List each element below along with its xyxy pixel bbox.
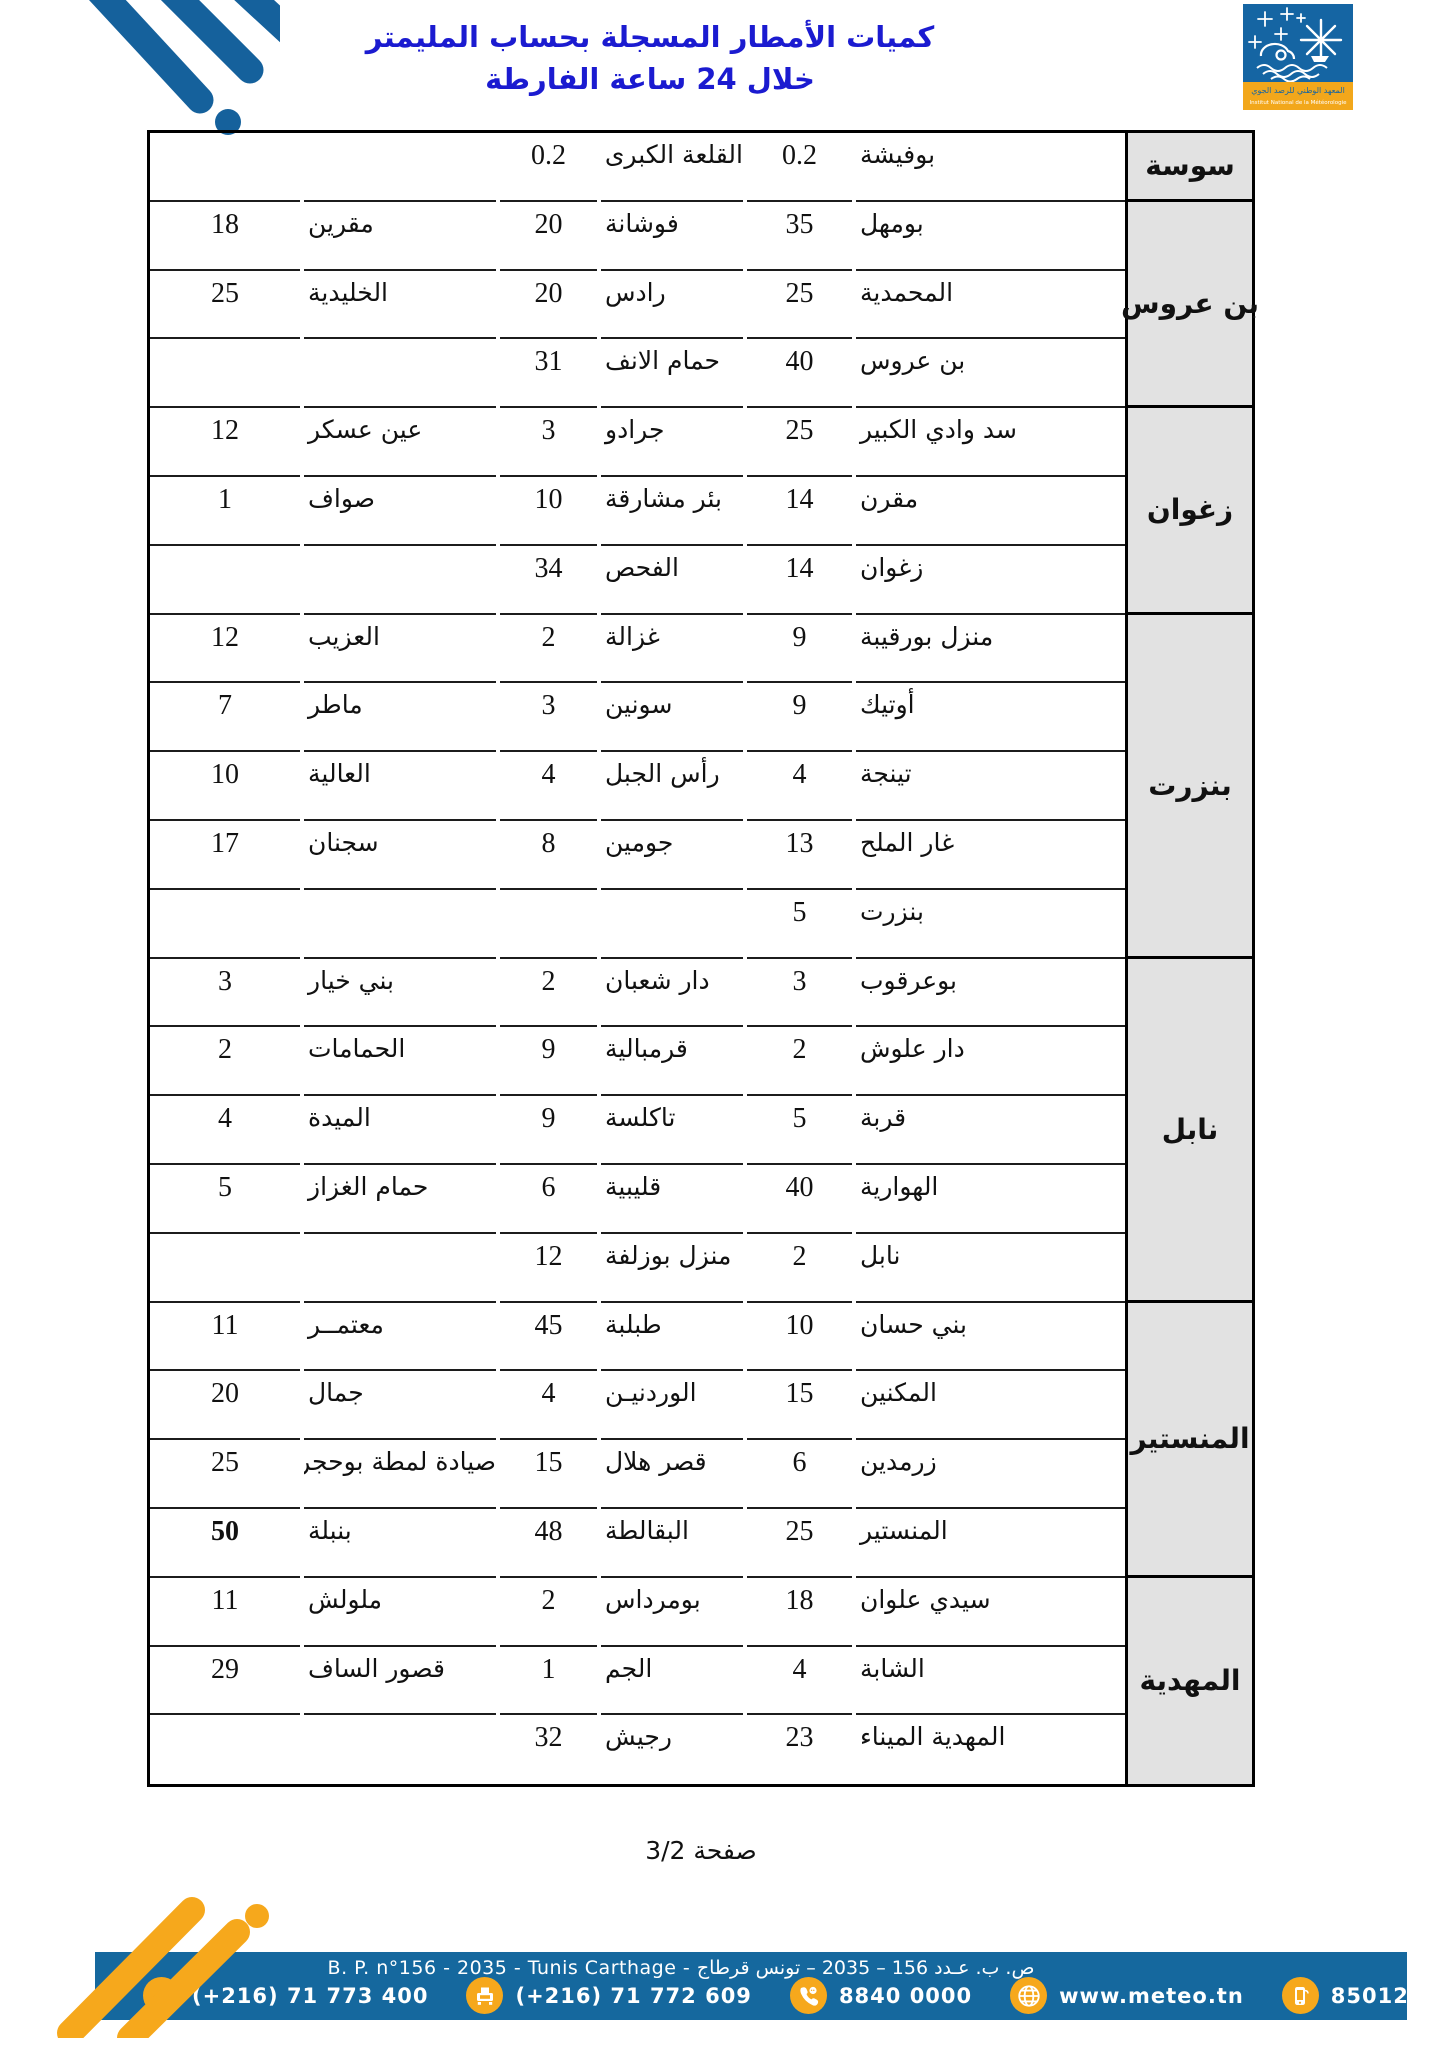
region-cell: نابل <box>1128 959 1252 1303</box>
station-name-cell: العالية <box>304 752 496 821</box>
station-name-cell: بوعرقوب <box>856 959 1125 1028</box>
station-name-cell: المحمدية <box>856 271 1125 340</box>
station-name-cell <box>304 133 496 202</box>
value-cell: 50 <box>150 1509 300 1578</box>
value-cell: 40 <box>747 1165 852 1234</box>
value-cell: 35 <box>747 202 852 271</box>
title-line-1: كميات الأمطار المسجلة بحساب المليمتر <box>270 16 1030 58</box>
station-name-cell: غزالة <box>601 615 743 684</box>
table-row: 17سجنان8جومين13غار الملح <box>150 821 1125 890</box>
station-name-cell: ملولش <box>304 1578 496 1647</box>
table-row: 12العزيب2غزالة9منزل بورقيبة <box>150 615 1125 684</box>
station-name-cell: تينجة <box>856 752 1125 821</box>
station-name-cell: قرمبالية <box>601 1027 743 1096</box>
region-cell: بنزرت <box>1128 615 1252 959</box>
station-name-cell: الوردنيـن <box>601 1371 743 1440</box>
station-name-cell: جرادو <box>601 408 743 477</box>
station-name-cell: رادس <box>601 271 743 340</box>
station-name-cell: منزل بورقيبة <box>856 615 1125 684</box>
station-name-cell: الميدة <box>304 1096 496 1165</box>
table-row: 11معتمــر45طبلبة10بني حسان <box>150 1303 1125 1372</box>
station-name-cell: سد وادي الكبير <box>856 408 1125 477</box>
value-cell: 0.2 <box>500 133 597 202</box>
value-cell: 5 <box>150 1165 300 1234</box>
contact-value: (+216) 71 772 609 <box>515 1984 751 2008</box>
contact-value: 85012 <box>1331 1984 1409 2008</box>
table-row: 11ملولش2بومرداس18سيدي علوان <box>150 1578 1125 1647</box>
station-name-cell: مقرن <box>856 477 1125 546</box>
table-row: 1صواف10بئر مشارقة14مقرن <box>150 477 1125 546</box>
value-cell: 11 <box>150 1578 300 1647</box>
value-cell: 5 <box>747 890 852 959</box>
value-cell: 23 <box>747 1715 852 1784</box>
value-cell: 4 <box>747 1647 852 1716</box>
station-name-cell: بوفيشة <box>856 133 1125 202</box>
value-cell: 45 <box>500 1303 597 1372</box>
station-name-cell: منزل بوزلفة <box>601 1234 743 1303</box>
value-cell: 14 <box>747 477 852 546</box>
value-cell: 25 <box>747 408 852 477</box>
value-cell <box>150 1234 300 1303</box>
table-row: 25صيادة لمطة بوحجر15قصر هلال6زرمدين <box>150 1440 1125 1509</box>
value-cell: 9 <box>500 1096 597 1165</box>
snowflake-icon <box>1301 20 1341 60</box>
station-name-cell: جمال <box>304 1371 496 1440</box>
region-label: نابل <box>1162 1113 1219 1146</box>
contact-value: 8840 0000 <box>839 1984 972 2008</box>
value-cell: 18 <box>747 1578 852 1647</box>
station-name-cell: الجم <box>601 1647 743 1716</box>
value-cell: 20 <box>150 1371 300 1440</box>
table-row: 25الخليدية20رادس25المحمدية <box>150 271 1125 340</box>
title-line-2: خلال 24 ساعة الفارطة <box>270 58 1030 100</box>
value-cell <box>150 1715 300 1784</box>
call-center-icon <box>790 1977 827 2014</box>
value-cell: 2 <box>747 1027 852 1096</box>
value-cell <box>500 890 597 959</box>
region-label: المهدية <box>1139 1664 1240 1697</box>
station-name-cell: الفحص <box>601 546 743 615</box>
station-name-cell: بومرداس <box>601 1578 743 1647</box>
inm-logo: المعهد الوطني للرصد الجوي Institut Natio… <box>1243 4 1353 110</box>
station-name-cell: المهدية الميناء <box>856 1715 1125 1784</box>
station-name-cell: دار علوش <box>856 1027 1125 1096</box>
value-cell: 40 <box>747 339 852 408</box>
value-cell: 9 <box>747 683 852 752</box>
value-cell: 2 <box>500 959 597 1028</box>
value-cell: 4 <box>747 752 852 821</box>
table-row: 18مقرين20فوشانة35بومهل <box>150 202 1125 271</box>
value-cell: 48 <box>500 1509 597 1578</box>
region-label: المنستير <box>1130 1422 1249 1455</box>
value-cell: 2 <box>500 1578 597 1647</box>
table-row: 29قصور الساف1الجم4الشابة <box>150 1647 1125 1716</box>
value-cell: 5 <box>747 1096 852 1165</box>
footer-stripes-decoration <box>52 1888 302 2038</box>
station-name-cell: مقرين <box>304 202 496 271</box>
value-cell: 6 <box>747 1440 852 1509</box>
table-row: 34الفحص14زغوان <box>150 546 1125 615</box>
value-cell: 18 <box>150 202 300 271</box>
value-cell: 12 <box>150 615 300 684</box>
table-row: 4الميدة9تاكلسة5قربة <box>150 1096 1125 1165</box>
table-row: 2الحمامات9قرمبالية2دار علوش <box>150 1027 1125 1096</box>
region-cell: سوسة <box>1128 133 1252 202</box>
table-row: 31حمام الانف40بن عروس <box>150 339 1125 408</box>
value-cell: 7 <box>150 683 300 752</box>
station-name-cell: بن عروس <box>856 339 1125 408</box>
table-row: 5بنزرت <box>150 890 1125 959</box>
station-name-cell: صواف <box>304 477 496 546</box>
station-name-cell: المنستير <box>856 1509 1125 1578</box>
page-title: كميات الأمطار المسجلة بحساب المليمتر خلا… <box>270 16 1030 100</box>
value-cell: 20 <box>500 202 597 271</box>
station-name-cell: زغوان <box>856 546 1125 615</box>
station-name-cell: الشابة <box>856 1647 1125 1716</box>
region-cell: المهدية <box>1128 1578 1252 1784</box>
station-name-cell: بني خيار <box>304 959 496 1028</box>
table-row: 32رجيش23المهدية الميناء <box>150 1715 1125 1784</box>
value-cell: 12 <box>150 408 300 477</box>
value-cell: 6 <box>500 1165 597 1234</box>
station-name-cell: رأس الجبل <box>601 752 743 821</box>
page-number: صفحة 3/2 <box>147 1836 1255 1865</box>
region-label: زغوان <box>1147 493 1233 526</box>
region-label: سوسة <box>1145 149 1235 182</box>
contact-value: www.meteo.tn <box>1059 1984 1244 2008</box>
station-name-cell: بني حسان <box>856 1303 1125 1372</box>
logo-caption-ar: المعهد الوطني للرصد الجوي <box>1251 86 1345 95</box>
mobile-icon <box>1282 1977 1319 2014</box>
region-label: بنزرت <box>1148 769 1232 802</box>
region-cell: زغوان <box>1128 408 1252 614</box>
value-cell: 10 <box>500 477 597 546</box>
station-name-cell: جومين <box>601 821 743 890</box>
value-cell: 3 <box>747 959 852 1028</box>
table-row: 3بني خيار2دار شعبان3بوعرقوب <box>150 959 1125 1028</box>
station-name-cell <box>304 890 496 959</box>
station-name-cell: الخليدية <box>304 271 496 340</box>
rainfall-report-page: كميات الأمطار المسجلة بحساب المليمتر خلا… <box>0 0 1448 2048</box>
station-name-cell: دار شعبان <box>601 959 743 1028</box>
station-name-cell: صيادة لمطة بوحجر <box>304 1440 496 1509</box>
stations-grid: 0.2القلعة الكبرى0.2بوفيشة18مقرين20فوشانة… <box>150 133 1125 1784</box>
station-name-cell: معتمــر <box>304 1303 496 1372</box>
value-cell: 12 <box>500 1234 597 1303</box>
contact-item: 85012 <box>1282 1977 1409 2014</box>
station-name-cell: طبلبة <box>601 1303 743 1372</box>
contact-item: 8840 0000 <box>790 1977 972 2014</box>
value-cell <box>150 546 300 615</box>
value-cell: 15 <box>747 1371 852 1440</box>
station-name-cell: القلعة الكبرى <box>601 133 743 202</box>
value-cell: 0.2 <box>747 133 852 202</box>
station-name-cell <box>304 1234 496 1303</box>
value-cell: 31 <box>500 339 597 408</box>
station-name-cell: فوشانة <box>601 202 743 271</box>
value-cell: 2 <box>150 1027 300 1096</box>
stripe-dot <box>245 1904 269 1928</box>
station-name-cell: العزيب <box>304 615 496 684</box>
value-cell: 25 <box>747 271 852 340</box>
contact-item: www.meteo.tn <box>1010 1977 1244 2014</box>
table-row: 7ماطر3سونين9أوتيك <box>150 683 1125 752</box>
rainfall-table: 0.2القلعة الكبرى0.2بوفيشة18مقرين20فوشانة… <box>147 130 1255 1787</box>
station-name-cell: الحمامات <box>304 1027 496 1096</box>
value-cell: 3 <box>150 959 300 1028</box>
value-cell: 10 <box>747 1303 852 1372</box>
station-name-cell: سونين <box>601 683 743 752</box>
value-cell: 15 <box>500 1440 597 1509</box>
station-name-cell: المكنين <box>856 1371 1125 1440</box>
value-cell: 14 <box>747 546 852 615</box>
region-cell: المنستير <box>1128 1303 1252 1578</box>
station-name-cell: بنزرت <box>856 890 1125 959</box>
station-name-cell: قصر هلال <box>601 1440 743 1509</box>
station-name-cell: قصور الساف <box>304 1647 496 1716</box>
station-name-cell: بومهل <box>856 202 1125 271</box>
station-name-cell: قربة <box>856 1096 1125 1165</box>
value-cell <box>150 339 300 408</box>
station-name-cell: حمام الانف <box>601 339 743 408</box>
value-cell: 4 <box>500 1371 597 1440</box>
region-label: بن عروس <box>1121 287 1259 320</box>
station-name-cell: بنبلة <box>304 1509 496 1578</box>
value-cell: 25 <box>150 1440 300 1509</box>
globe-icon <box>1010 1977 1047 2014</box>
fax-icon <box>466 1977 503 2014</box>
table-row: 12منزل بوزلفة2نابل <box>150 1234 1125 1303</box>
station-name-cell: رجيش <box>601 1715 743 1784</box>
table-row: 50بنبلة48البقالطة25المنستير <box>150 1509 1125 1578</box>
value-cell: 2 <box>747 1234 852 1303</box>
value-cell: 20 <box>500 271 597 340</box>
value-cell: 25 <box>150 271 300 340</box>
value-cell: 17 <box>150 821 300 890</box>
value-cell: 29 <box>150 1647 300 1716</box>
value-cell: 10 <box>150 752 300 821</box>
value-cell: 4 <box>500 752 597 821</box>
value-cell: 2 <box>500 615 597 684</box>
station-name-cell: الهوارية <box>856 1165 1125 1234</box>
station-name-cell <box>304 339 496 408</box>
table-row: 5حمام الغزاز6قليبية40الهوارية <box>150 1165 1125 1234</box>
value-cell <box>150 890 300 959</box>
logo-caption-fr: Institut National de la Météorologie <box>1250 99 1348 106</box>
value-cell: 13 <box>747 821 852 890</box>
station-name-cell: ماطر <box>304 683 496 752</box>
table-row: 12عين عسكر3جرادو25سد وادي الكبير <box>150 408 1125 477</box>
station-name-cell: سجنان <box>304 821 496 890</box>
value-cell: 9 <box>500 1027 597 1096</box>
station-name-cell: سيدي علوان <box>856 1578 1125 1647</box>
value-cell: 1 <box>500 1647 597 1716</box>
station-name-cell: حمام الغزاز <box>304 1165 496 1234</box>
value-cell: 8 <box>500 821 597 890</box>
station-name-cell: زرمدين <box>856 1440 1125 1509</box>
station-name-cell <box>304 546 496 615</box>
station-name-cell: نابل <box>856 1234 1125 1303</box>
table-row: 10العالية4رأس الجبل4تينجة <box>150 752 1125 821</box>
value-cell: 34 <box>500 546 597 615</box>
footer-contacts: (+216) 71 773 400(+216) 71 772 6098840 0… <box>143 1977 1409 2014</box>
station-name-cell: عين عسكر <box>304 408 496 477</box>
value-cell: 4 <box>150 1096 300 1165</box>
region-column: سوسةبن عروسزغوانبنزرتنابلالمنستيرالمهدية <box>1125 133 1252 1784</box>
station-name-cell: أوتيك <box>856 683 1125 752</box>
station-name-cell: غار الملح <box>856 821 1125 890</box>
station-name-cell: البقالطة <box>601 1509 743 1578</box>
table-row: 20جمال4الوردنيـن15المكنين <box>150 1371 1125 1440</box>
station-name-cell: تاكلسة <box>601 1096 743 1165</box>
value-cell: 32 <box>500 1715 597 1784</box>
value-cell: 25 <box>747 1509 852 1578</box>
table-row: 0.2القلعة الكبرى0.2بوفيشة <box>150 133 1125 202</box>
contact-item: (+216) 71 772 609 <box>466 1977 751 2014</box>
station-name-cell <box>304 1715 496 1784</box>
value-cell: 3 <box>500 408 597 477</box>
value-cell <box>150 133 300 202</box>
value-cell: 9 <box>747 615 852 684</box>
station-name-cell: قليبية <box>601 1165 743 1234</box>
station-name-cell: بئر مشارقة <box>601 477 743 546</box>
region-cell: بن عروس <box>1128 202 1252 408</box>
value-cell: 1 <box>150 477 300 546</box>
value-cell: 11 <box>150 1303 300 1372</box>
value-cell: 3 <box>500 683 597 752</box>
letterhead-stripes-decoration <box>50 0 280 150</box>
station-name-cell <box>601 890 743 959</box>
